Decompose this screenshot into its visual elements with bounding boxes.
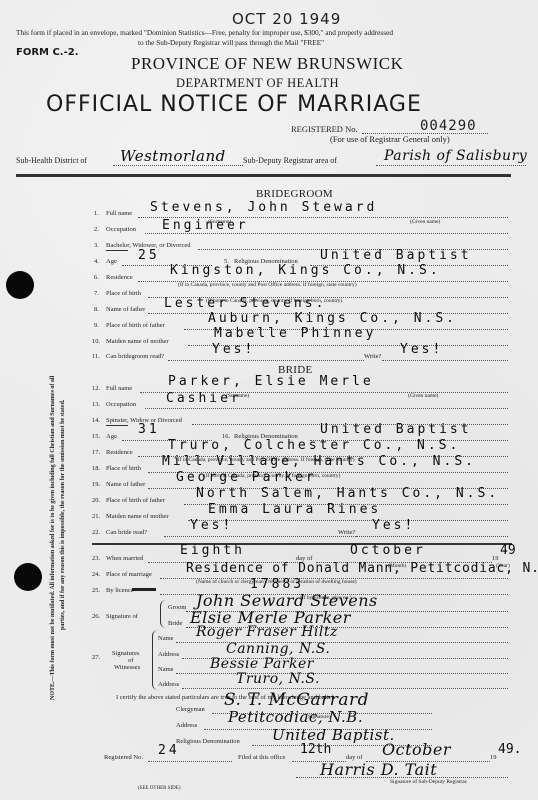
groom-occupation-value: Engineer <box>162 218 249 233</box>
bridegroom-heading: BRIDEGROOM <box>256 188 333 200</box>
groom-religion-value: United Baptist <box>320 248 472 263</box>
clergyman-signature: S. T. McGarrard <box>224 690 369 710</box>
clergyman-label: Clergyman <box>176 706 205 713</box>
bride-signature-label: Bride <box>168 620 182 627</box>
witness1-address: Canning, N.S. <box>226 641 330 657</box>
witness2-name: Bessie Parker <box>210 656 314 672</box>
sub-deputy-area-value: Parish of Salisbury <box>384 148 527 164</box>
department-heading: DEPARTMENT OF HEALTH <box>176 76 339 91</box>
sub-health-district-label: Sub-Health District of <box>16 156 87 165</box>
filed-label: Filed at this office <box>238 754 285 761</box>
bride-father-label: Name of father <box>106 481 145 488</box>
registrar-note: (For use of Registrar General only) <box>330 134 450 144</box>
bride-can-write-label: Write? <box>338 529 355 536</box>
form-number: FORM C.-2. <box>16 47 79 58</box>
groom-birthplace-label: Place of birth <box>106 290 141 297</box>
mail-notice-line2: to the Sub-Deputy Registrar will pass th… <box>138 38 324 47</box>
bride-occupation-label: Occupation <box>106 401 136 408</box>
bride-occupation-value: Cashier <box>166 391 242 406</box>
groom-father-value: Lester Stevens. <box>164 296 326 311</box>
marriage-month-value: October <box>350 543 426 558</box>
bride-father-value: George Parker <box>176 470 317 485</box>
when-married-label: When married <box>106 555 143 562</box>
witnesses-label-line1: Signatures <box>112 650 139 657</box>
groom-mother-label: Maiden name of mother <box>106 338 169 345</box>
groom-father-birthplace-label: Place of birth of father <box>106 322 165 329</box>
registered-no-label: Registered No. <box>104 754 143 761</box>
groom-father-label: Name of father <box>106 306 145 313</box>
bride-mother-label: Maiden name of mother <box>106 513 169 520</box>
groom-can-write-value: Yes! <box>400 342 443 357</box>
margin-note-line1: NOTE.—This form must not be mutilated. A… <box>50 376 56 700</box>
filed-year: 49. <box>498 742 521 757</box>
spinster-underline <box>106 425 128 426</box>
clergyman-address: Petitcodiac, N.B. <box>228 708 363 726</box>
bride-residence-label: Residence <box>106 449 133 456</box>
received-date-stamp: OCT 20 1949 <box>232 10 341 28</box>
witness2-name-label: Name <box>158 666 174 673</box>
banns-strikeout <box>132 588 156 591</box>
witness1-name: Roger Fraser Hiltz <box>196 624 338 640</box>
groom-can-read-label: Can bridegroom read? <box>106 353 164 360</box>
province-heading: PROVINCE OF NEW BRUNSWICK <box>131 54 403 74</box>
bride-birthplace-value: Mill Village, Hants Co., N.S. <box>162 454 476 469</box>
groom-residence-value: Kingston, Kings Co., N.S. <box>170 263 441 278</box>
local-registered-no: 24 <box>158 743 180 758</box>
groom-can-write-label: Write? <box>364 353 381 360</box>
registered-number-value: 004290 <box>420 118 477 134</box>
groom-can-read-value: Yes! <box>212 342 255 357</box>
bride-father-birthplace-value: North Salem, Hants Co., N.S. <box>196 486 499 501</box>
bachelor-underline <box>106 250 128 251</box>
marriage-notice-page: NOTE.—This form must not be mutilated. A… <box>0 0 538 800</box>
bride-birthplace-label: Place of birth <box>106 465 141 472</box>
registrar-signature: Harris D. Tait <box>320 760 437 779</box>
place-of-marriage-label: Place of marriage <box>106 571 152 578</box>
signature-of-label: Signature of <box>106 613 138 620</box>
header-divider <box>16 174 511 177</box>
groom-father-birthplace-value: Auburn, Kings Co., N.S. <box>208 311 457 326</box>
witness1-address-label: Address <box>158 651 179 658</box>
bride-religion-value: United Baptist <box>320 422 472 437</box>
witness2-address: Truro, N.S. <box>236 671 320 687</box>
licence-number-value: 17883 <box>250 577 304 592</box>
clergyman-religion-label: Religious Denomination <box>176 738 240 745</box>
groom-mother-value: Mabelle Phinney <box>214 326 376 341</box>
witness2-address-label: Address <box>158 681 179 688</box>
sub-health-district-value: Westmorland <box>120 147 226 165</box>
punch-hole-top <box>6 271 34 299</box>
bride-full-name-label: Full name <box>106 385 132 392</box>
clergyman-religion: United Baptist. <box>272 726 395 744</box>
bride-father-birthplace-label: Place of birth of father <box>106 497 165 504</box>
groom-age-label: Age <box>106 258 117 265</box>
punch-hole-bottom <box>14 563 42 591</box>
sub-deputy-area-label: Sub-Deputy Registrar area of <box>243 156 337 165</box>
filed-day: 12th <box>300 742 331 757</box>
groom-residence-label: Residence <box>106 274 133 281</box>
bride-age-value: 31 <box>138 422 160 437</box>
see-other-side: (SEE OTHER SIDE) <box>138 786 181 791</box>
bride-full-name-value: Parker, Elsie Merle <box>168 374 374 389</box>
groom-full-name-label: Full name <box>106 210 132 217</box>
groom-full-name-value: Stevens, John Steward <box>150 200 377 215</box>
bride-mother-value: Emma Laura Rines <box>208 502 381 517</box>
clergyman-address-label: Address <box>176 722 197 729</box>
bride-can-write-value: Yes! <box>372 518 415 533</box>
groom-age-value: 25 <box>138 248 160 263</box>
registered-number-label: REGISTERED No. <box>291 124 358 134</box>
bride-age-label: Age <box>106 433 117 440</box>
bride-can-read-label: Can bride read? <box>106 529 147 536</box>
filed-month: October <box>382 740 451 759</box>
bride-residence-value: Truro, Colchester Co., N.S. <box>168 438 460 453</box>
witness1-name-label: Name <box>158 635 174 642</box>
margin-note-line2: parties, and if for any reason this is i… <box>60 400 66 630</box>
bride-can-read-value: Yes! <box>190 518 233 533</box>
groom-occupation-label: Occupation <box>106 226 136 233</box>
mail-notice-line1: This form if placed in an envelope, mark… <box>16 28 393 37</box>
marriage-year-value: 49 <box>500 543 516 558</box>
document-title: OFFICIAL NOTICE OF MARRIAGE <box>46 92 422 117</box>
groom-signature-label: Groom <box>168 604 186 611</box>
licence-label: By licence <box>106 587 134 594</box>
bride-divider <box>92 543 512 545</box>
place-of-marriage-value: Residence of Donald Mann, Petitcodiac, N… <box>186 561 538 576</box>
marriage-day-value: Eighth <box>180 543 245 558</box>
